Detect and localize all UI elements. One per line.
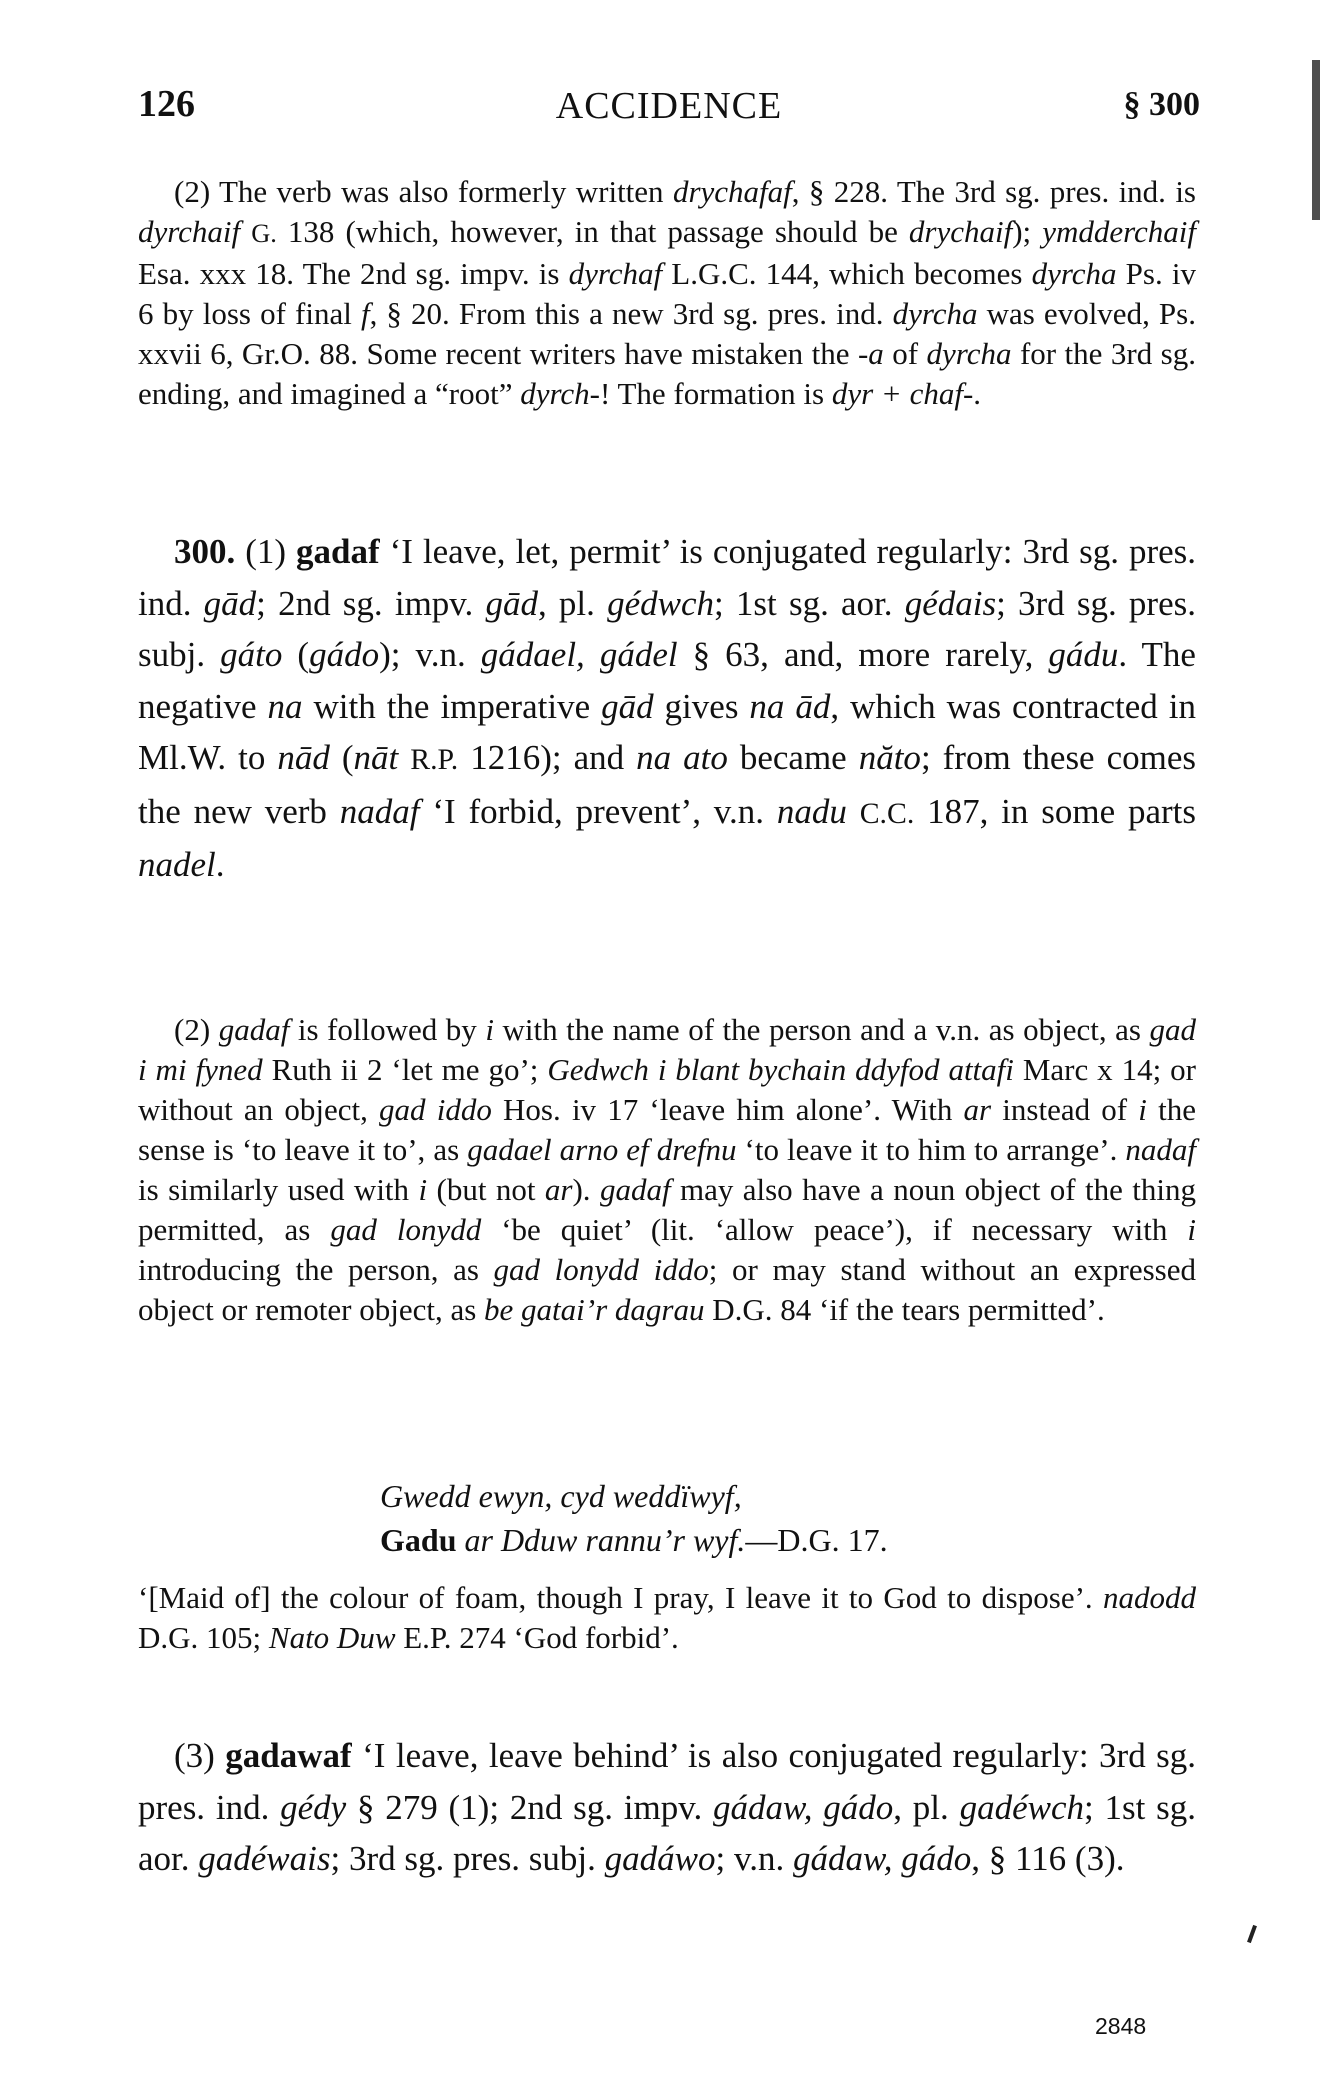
verse-translation: ‘[Maid of] the colour of foam, though I … [138, 1578, 1196, 1658]
running-header: 126 ACCIDENCE § 300 [138, 82, 1200, 132]
section-reference: § 300 [1124, 86, 1201, 124]
folio-stamp: 2848 [1095, 2013, 1146, 2040]
paragraph-300-2: (2) gadaf is followed by i with the name… [138, 1010, 1196, 1330]
paragraph-300-1: 300. (1) gadaf ‘I leave, let, permit’ is… [138, 526, 1196, 891]
verse-line-1: Gwedd ewyn, cyd weddïwyf, [380, 1474, 888, 1518]
paragraph-300-3: (3) gadawaf ‘I leave, leave behind’ is a… [138, 1730, 1196, 1885]
running-title: ACCIDENCE [138, 84, 1200, 128]
book-page: 126 ACCIDENCE § 300 (2) The verb was als… [0, 0, 1323, 2097]
scan-edge-artifact [1312, 60, 1320, 220]
verse-quotation: Gwedd ewyn, cyd weddïwyf, Gadu ar Dduw r… [380, 1474, 888, 1562]
paragraph-note-2: (2) The verb was also formerly written d… [138, 172, 1196, 414]
verse-line-2: Gadu ar Dduw rannu’r wyf.—D.G. 17. [380, 1518, 888, 1562]
pencil-mark [1247, 1925, 1257, 1943]
